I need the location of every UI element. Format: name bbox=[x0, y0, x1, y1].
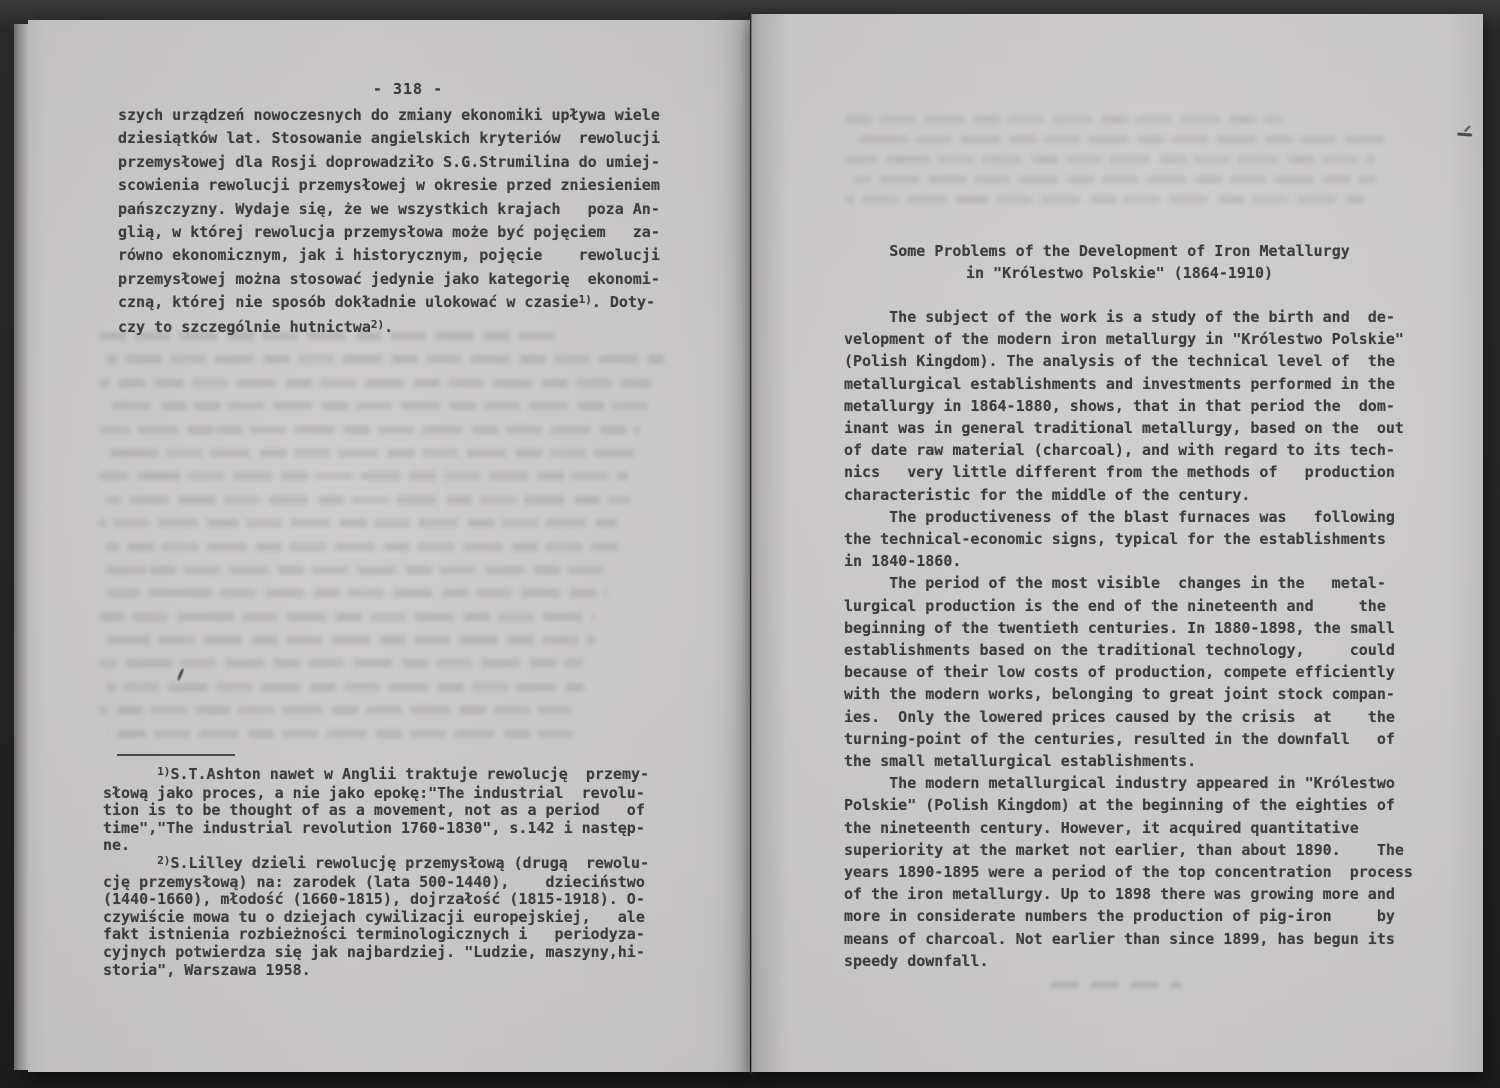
text-segment: . Doty- bbox=[592, 293, 655, 311]
bleedthrough-row bbox=[107, 636, 595, 644]
bleedthrough-row bbox=[100, 472, 628, 480]
text-line: czywiście mowa tu o dziejach cywilizacji… bbox=[103, 909, 649, 927]
book-scan: - 318 - szych urządzeń nowoczesnych do z… bbox=[0, 0, 1500, 1088]
text-line: velopment of the modern iron metallurgy … bbox=[844, 328, 1413, 350]
bleedthrough-row bbox=[846, 116, 1282, 123]
text-line: inant was in general traditional metallu… bbox=[844, 417, 1413, 439]
text-line: czy to szczególnie hutnictwa2). bbox=[118, 316, 660, 340]
bleedthrough-text bbox=[100, 332, 668, 762]
bleedthrough-row bbox=[100, 659, 583, 667]
text-line: Some Problems of the Development of Iron… bbox=[844, 240, 1395, 262]
bleedthrough-row bbox=[100, 519, 617, 527]
text-line: because of their low costs of production… bbox=[844, 661, 1413, 683]
text-line: scowienia rewolucji przemysłowej w okres… bbox=[118, 174, 660, 197]
text-segment: czy to szczególnie hutnictwa bbox=[118, 318, 371, 336]
text-line: the small metallurgical establishments. bbox=[844, 750, 1413, 772]
smudge-mark bbox=[1051, 982, 1181, 988]
text-line: with the modern works, belonging to grea… bbox=[844, 683, 1413, 705]
text-line: establishments based on the traditional … bbox=[844, 639, 1413, 661]
text-line: przemysłowej dla Rosji doprowadziło S.G.… bbox=[118, 151, 660, 174]
left-page: - 318 - szych urządzeń nowoczesnych do z… bbox=[28, 20, 750, 1072]
text-line: The productiveness of the blast furnaces… bbox=[844, 506, 1413, 528]
bleedthrough-row bbox=[100, 566, 606, 574]
bleedthrough-row bbox=[853, 136, 1387, 143]
text-line: nics very little different from the meth… bbox=[844, 461, 1413, 483]
text-line: tion is to be thought of as a movement, … bbox=[103, 802, 649, 820]
text-line: means of charcoal. Not earlier than sinc… bbox=[844, 928, 1413, 950]
left-body-text: szych urządzeń nowoczesnych do zmiany ek… bbox=[118, 104, 660, 340]
footnotes-text: 1)S.T.Ashton nawet w Anglii traktuje rew… bbox=[103, 766, 649, 979]
ink-mark bbox=[1454, 125, 1476, 142]
text-line: The modern metallurgical industry appear… bbox=[844, 772, 1413, 794]
text-line: storia", Warszawa 1958. bbox=[103, 962, 649, 980]
page-number: - 318 - bbox=[278, 80, 538, 98]
text-line: metallurgical establishments and investm… bbox=[844, 373, 1413, 395]
text-line: czną, której nie sposób dokładnie ulokow… bbox=[118, 291, 660, 315]
text-line: fakt istnienia rozbieżności terminologic… bbox=[103, 926, 649, 944]
right-page: Some Problems of the Development of Iron… bbox=[751, 14, 1483, 1072]
text-line: szych urządzeń nowoczesnych do zmiany ek… bbox=[118, 104, 660, 127]
bleedthrough-row bbox=[107, 543, 618, 551]
bleedthrough-row bbox=[107, 589, 607, 597]
text-segment bbox=[103, 765, 157, 783]
text-line: speedy downfall. bbox=[844, 950, 1413, 972]
text-line: Polskie" (Polish Kingdom) at the beginni… bbox=[844, 794, 1413, 816]
text-line: równo ekonomicznym, jak i historycznym, … bbox=[118, 244, 660, 267]
superscript-marker: 1) bbox=[579, 293, 592, 306]
bleedthrough-row bbox=[107, 355, 664, 363]
text-line: turning-point of the centuries, resulted… bbox=[844, 728, 1413, 750]
bleedthrough-row bbox=[846, 196, 1364, 203]
page-stack-edge bbox=[14, 24, 28, 1070]
text-line: ies. Only the lowered prices caused by t… bbox=[844, 706, 1413, 728]
bleedthrough-row bbox=[100, 613, 594, 621]
bleedthrough-row bbox=[100, 706, 571, 714]
bleedthrough-row bbox=[107, 402, 652, 410]
text-line: characteristic for the middle of the cen… bbox=[844, 484, 1413, 506]
text-line: cyjnych potwierdza się jak najbardziej. … bbox=[103, 944, 649, 962]
footnote-divider bbox=[117, 754, 235, 756]
bleedthrough-row bbox=[107, 496, 630, 504]
bleedthrough-row bbox=[107, 449, 641, 457]
bleedthrough-row bbox=[100, 379, 651, 387]
text-line: the nineteenth century. However, it acqu… bbox=[844, 817, 1413, 839]
bleedthrough-row bbox=[107, 730, 573, 738]
text-line: beginning of the twentieth centuries. In… bbox=[844, 617, 1413, 639]
text-line: of the iron metallurgy. Up to 1898 there… bbox=[844, 883, 1413, 905]
text-line: glią, w której rewolucja przemysłowa moż… bbox=[118, 221, 660, 244]
text-line: time","The industrial revolution 1760-18… bbox=[103, 820, 649, 838]
summary-title: Some Problems of the Development of Iron… bbox=[844, 240, 1395, 284]
text-segment bbox=[103, 854, 157, 872]
bleedthrough-row bbox=[853, 176, 1376, 183]
text-segment: czną, której nie sposób dokładnie ulokow… bbox=[118, 293, 579, 311]
text-line: lurgical production is the end of the ni… bbox=[844, 595, 1413, 617]
bleedthrough-row bbox=[107, 683, 584, 691]
text-line: ne. bbox=[103, 837, 649, 855]
text-line: cję przemysłową) na: zarodek (lata 500-1… bbox=[103, 874, 649, 892]
text-line: (1440-1660), młodość (1660-1815), dojrza… bbox=[103, 891, 649, 909]
text-line: (Polish Kingdom). The analysis of the te… bbox=[844, 350, 1413, 372]
bleedthrough-row bbox=[100, 426, 640, 434]
text-line: 1)S.T.Ashton nawet w Anglii traktuje rew… bbox=[103, 766, 649, 785]
text-line: of date raw material (charcoal), and wit… bbox=[844, 439, 1413, 461]
text-line: 2)S.Lilley dzieli rewolucję przemysłową … bbox=[103, 855, 649, 874]
summary-body: The subject of the work is a study of th… bbox=[844, 306, 1413, 972]
bleedthrough-row bbox=[846, 156, 1375, 163]
superscript-marker: 2) bbox=[157, 854, 170, 867]
text-segment: S.T.Ashton nawet w Anglii traktuje rewol… bbox=[170, 765, 649, 783]
ink-mark bbox=[176, 668, 184, 681]
text-line: more in considerate numbers the producti… bbox=[844, 905, 1413, 927]
text-line: the technical-economic signs, typical fo… bbox=[844, 528, 1413, 550]
text-line: dziesiątków lat. Stosowanie angielskich … bbox=[118, 127, 660, 150]
superscript-marker: 1) bbox=[157, 765, 170, 778]
text-line: metallurgy in 1864-1880, shows, that in … bbox=[844, 395, 1413, 417]
text-line: słową jako proces, a nie jako epokę:"The… bbox=[103, 785, 649, 803]
text-segment: S.Lilley dzieli rewolucję przemysłową (d… bbox=[170, 854, 649, 872]
text-line: pańszczyzny. Wydaje się, że we wszystkic… bbox=[118, 198, 660, 221]
text-line: superiority at the market not earlier, t… bbox=[844, 839, 1413, 861]
bleedthrough-text bbox=[846, 116, 1391, 246]
text-line: years 1890-1895 were a period of the top… bbox=[844, 861, 1413, 883]
superscript-marker: 2) bbox=[371, 318, 384, 331]
text-line: The subject of the work is a study of th… bbox=[844, 306, 1413, 328]
text-line: przemysłowej można stosować jedynie jako… bbox=[118, 268, 660, 291]
text-line: The period of the most visible changes i… bbox=[844, 572, 1413, 594]
text-line: in 1840-1860. bbox=[844, 550, 1413, 572]
text-segment: . bbox=[384, 318, 393, 336]
text-line: in "Królestwo Polskie" (1864-1910) bbox=[844, 262, 1395, 284]
